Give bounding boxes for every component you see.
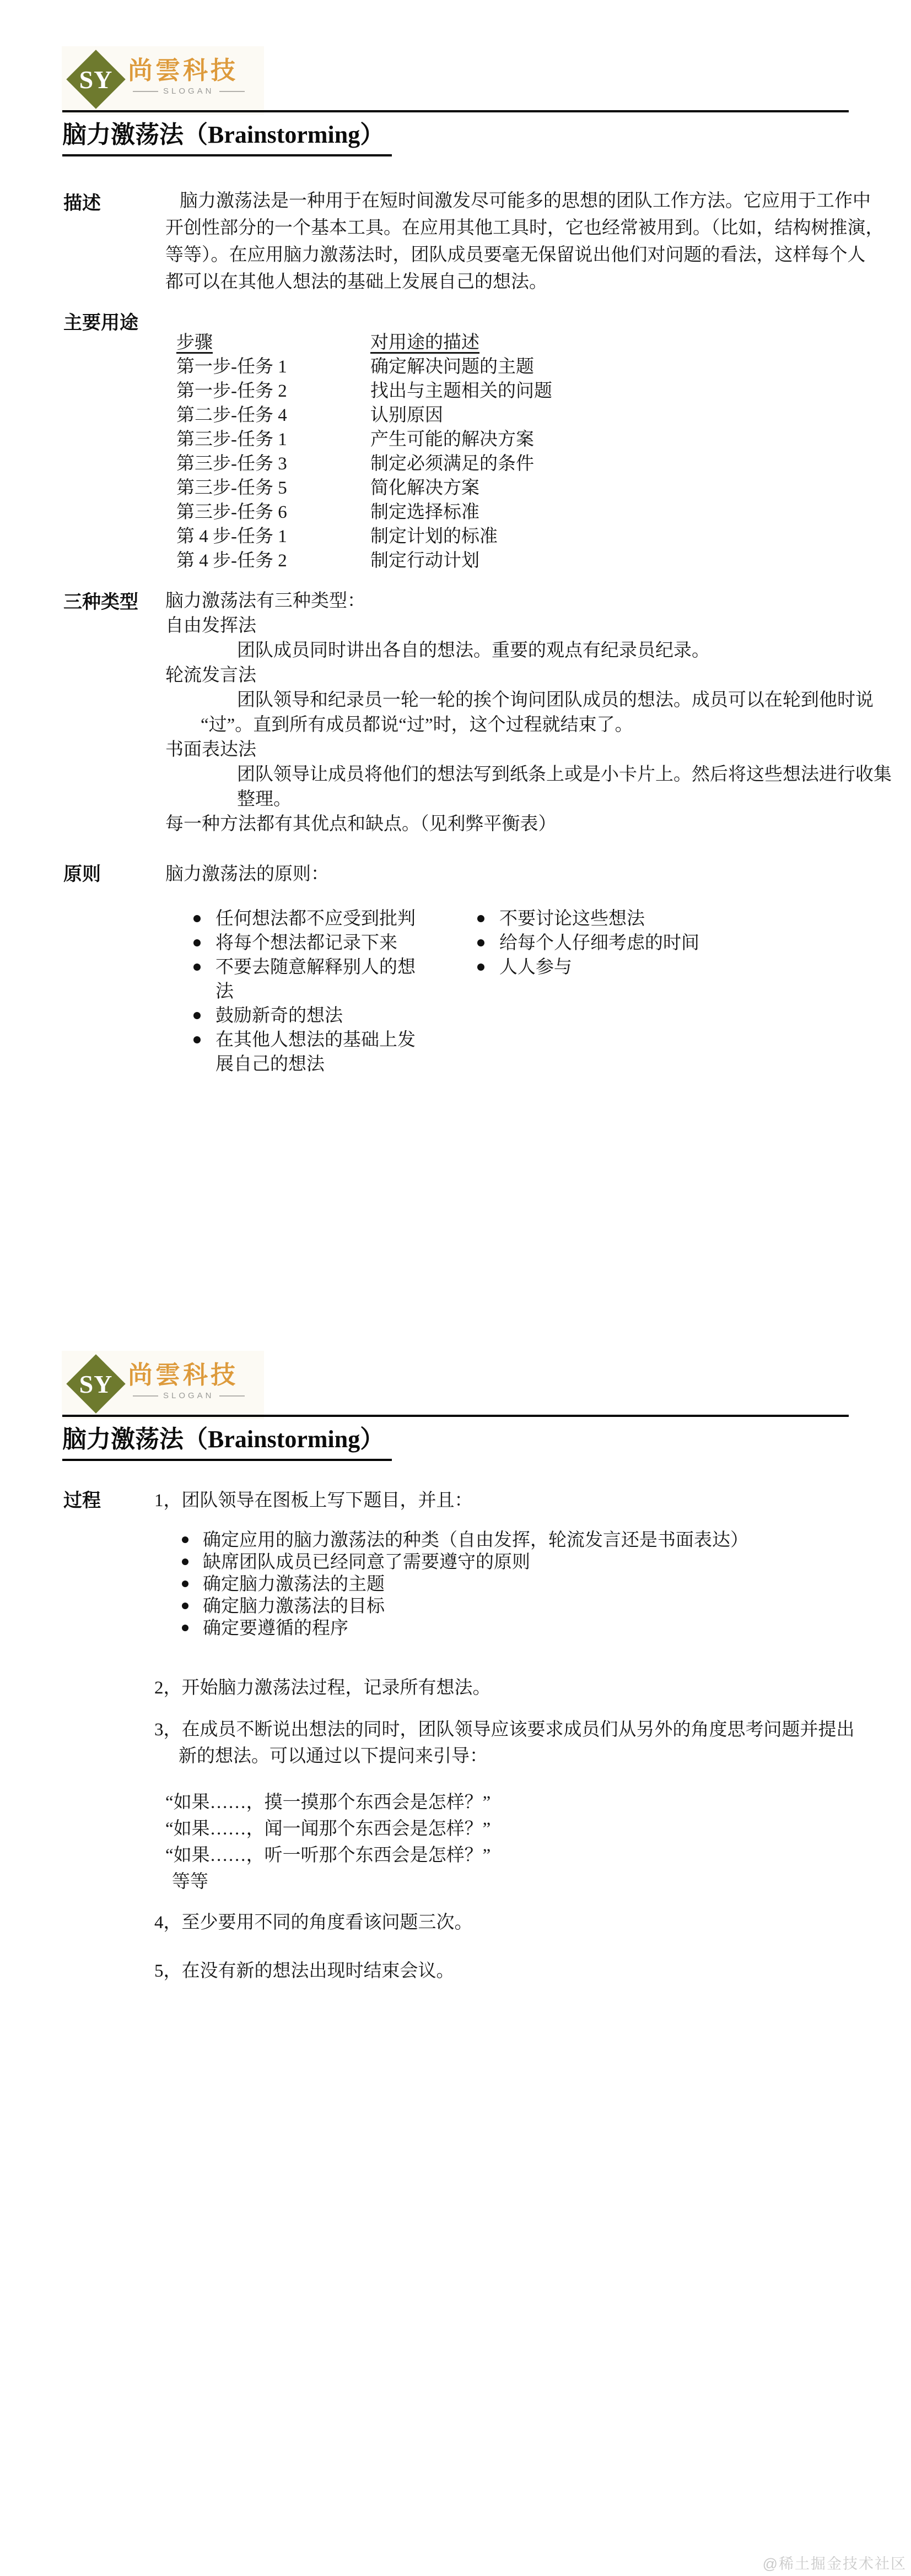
section-label-process: 过程: [63, 1487, 101, 1514]
table-row: 第 4 步-任务 2 制定行动计划: [176, 549, 783, 573]
list-item: 给每个人仔细考虑的时间: [474, 931, 733, 955]
types-line: 自由发挥法: [165, 614, 893, 638]
usage-col-step: 步骤: [176, 333, 213, 353]
types-line: 团队领导和纪录员一轮一轮的挨个询问团队成员的想法。成员可以在轮到他时说: [165, 688, 893, 713]
company-logo: SY 尚雲科技 SLOGAN: [62, 1351, 264, 1419]
process-bullet-list: 确定应用的脑力激荡法的种类（自由发挥，轮流发言还是书面表达） 缺席团队成员已经同…: [154, 1529, 887, 1639]
company-logo: SY 尚雲科技 SLOGAN: [62, 46, 264, 115]
table-row: 第一步-任务 1 确定解决问题的主题: [176, 355, 783, 379]
process-section: 1，团队领导在图板上写下题目，并且： 确定应用的脑力激荡法的种类（自由发挥，轮流…: [154, 1487, 887, 1984]
table-row: 第三步-任务 3 制定必须满足的条件: [176, 452, 783, 476]
logo-diamond-icon: SY: [66, 50, 126, 109]
watermark: @稀土掘金技术社区: [606, 2552, 907, 2573]
section-label-principles: 原则: [63, 861, 101, 887]
types-line: 每一种方法都有其优点和缺点。（见利弊平衡表）: [165, 812, 893, 837]
list-item: 不要去随意解释别人的想法: [190, 955, 418, 1004]
list-item: 人人参与: [474, 955, 733, 979]
description-line: 脑力激荡法是一种用于在短时间激发尽可能多的思想的团队工作方法。它应用于工作中: [165, 188, 882, 215]
list-item: 将每个想法都记录下来: [190, 931, 418, 955]
quote-line: “如果……，闻一闻那个东西会是怎样？”: [154, 1816, 887, 1842]
logo-initials: SY: [66, 50, 126, 109]
slogan-dash-left: [133, 91, 158, 92]
process-item-5: 5，在没有新的想法出现时结束会议。: [154, 1958, 887, 1984]
types-line: 团队领导让成员将他们的想法写到纸条上或是小卡片上。然后将这些想法进行收集: [165, 762, 893, 787]
quote-line: “如果……，听一听那个东西会是怎样？”: [154, 1842, 887, 1869]
process-item-1: 1，团队领导在图板上写下题目，并且：: [154, 1487, 887, 1514]
prompt-quotes: “如果……，摸一摸那个东西会是怎样？” “如果……，闻一闻那个东西会是怎样？” …: [154, 1789, 887, 1869]
list-item: 在其他人想法的基础上发展自己的想法: [190, 1028, 418, 1076]
page-title: 脑力激荡法（Brainstorming）: [62, 1424, 392, 1461]
table-row: 第三步-任务 6 制定选择标准: [176, 500, 783, 524]
list-item: 鼓励新奇的想法: [190, 1004, 418, 1028]
process-item-3: 3，在成员不断说出想法的同时，团队领导应该要求成员们从另外的角度思考问题并提出: [154, 1717, 887, 1743]
list-item: 不要讨论这些想法: [474, 907, 733, 931]
company-name: 尚雲科技: [128, 1361, 250, 1389]
header-rule: [62, 110, 849, 112]
description-paragraph: 脑力激荡法是一种用于在短时间激发尽可能多的思想的团队工作方法。它应用于工作中 开…: [165, 188, 882, 296]
types-line: “过”。直到所有成员都说“过”时，这个过程就结束了。: [165, 713, 893, 738]
usage-col-desc: 对用途的描述: [370, 333, 479, 353]
table-row: 第二步-任务 4 认别原因: [176, 403, 783, 427]
types-line: 书面表达法: [165, 738, 893, 762]
header-rule: [62, 1415, 849, 1417]
list-item: 确定脑力激荡法的主题: [154, 1573, 887, 1595]
list-item: 确定脑力激荡法的目标: [154, 1595, 887, 1617]
principles-list-right: 不要讨论这些想法 给每个人仔细考虑的时间 人人参与: [474, 907, 733, 979]
company-slogan: SLOGAN: [128, 86, 250, 96]
table-row: 第三步-任务 5 简化解决方案: [176, 476, 783, 500]
usage-table-header: 步骤 对用途的描述: [176, 331, 783, 355]
types-line: 脑力激荡法有三种类型：: [165, 589, 893, 614]
document-page: SY 尚雲科技 SLOGAN 脑力激荡法（Brainstorming） 描述 脑…: [0, 0, 911, 2576]
list-item: 任何想法都不应受到批判: [190, 907, 418, 931]
section-label-types: 三种类型: [63, 589, 138, 615]
principles-intro: 脑力激荡法的原则：: [165, 861, 329, 887]
principles-list-left: 任何想法都不应受到批判 将每个想法都记录下来 不要去随意解释别人的想法 鼓励新奇…: [190, 907, 418, 1076]
types-line: 整理。: [165, 787, 893, 812]
slogan-dash-left: [133, 1395, 158, 1397]
table-row: 第三步-任务 1 产生可能的解决方案: [176, 427, 783, 452]
process-item-4: 4，至少要用不同的角度看该问题三次。: [154, 1909, 887, 1936]
quote-line: “如果……，摸一摸那个东西会是怎样？”: [154, 1789, 887, 1816]
page-title: 脑力激荡法（Brainstorming）: [62, 119, 392, 156]
types-paragraph: 脑力激荡法有三种类型： 自由发挥法 团队成员同时讲出各自的想法。重要的观点有纪录…: [165, 589, 893, 837]
list-item: 缺席团队成员已经同意了需要遵守的原则: [154, 1551, 887, 1573]
description-line: 等等）。在应用脑力激荡法时，团队成员要毫无保留说出他们对问题的看法，这样每个人: [165, 242, 882, 269]
process-item-2: 2，开始脑力激荡法过程，记录所有想法。: [154, 1675, 887, 1701]
logo-diamond-icon: SY: [66, 1354, 126, 1414]
list-item: 确定要遵循的程序: [154, 1617, 887, 1639]
types-line: 轮流发言法: [165, 663, 893, 688]
section-label-usage: 主要用途: [63, 310, 138, 336]
list-item: 确定应用的脑力激荡法的种类（自由发挥，轮流发言还是书面表达）: [154, 1529, 887, 1551]
etc-line: 等等: [154, 1869, 887, 1895]
table-row: 第一步-任务 2 找出与主题相关的问题: [176, 379, 783, 403]
slogan-dash-right: [219, 1395, 245, 1397]
process-item-3-cont: 新的想法。可以通过以下提问来引导：: [154, 1743, 887, 1769]
description-line: 开创性部分的一个基本工具。在应用其他工具时，它也经常被用到。（比如，结构树推演，: [165, 215, 882, 242]
usage-table: 步骤 对用途的描述 第一步-任务 1 确定解决问题的主题 第一步-任务 2 找出…: [176, 331, 783, 573]
section-label-description: 描述: [63, 190, 101, 217]
company-name: 尚雲科技: [128, 56, 250, 85]
types-line: 团队成员同时讲出各自的想法。重要的观点有纪录员纪录。: [165, 638, 893, 663]
table-row: 第 4 步-任务 1 制定计划的标准: [176, 524, 783, 549]
description-line: 都可以在其他人想法的基础上发展自己的想法。: [165, 269, 882, 296]
logo-initials: SY: [66, 1354, 126, 1414]
slogan-dash-right: [219, 91, 245, 92]
company-slogan: SLOGAN: [128, 1391, 250, 1400]
